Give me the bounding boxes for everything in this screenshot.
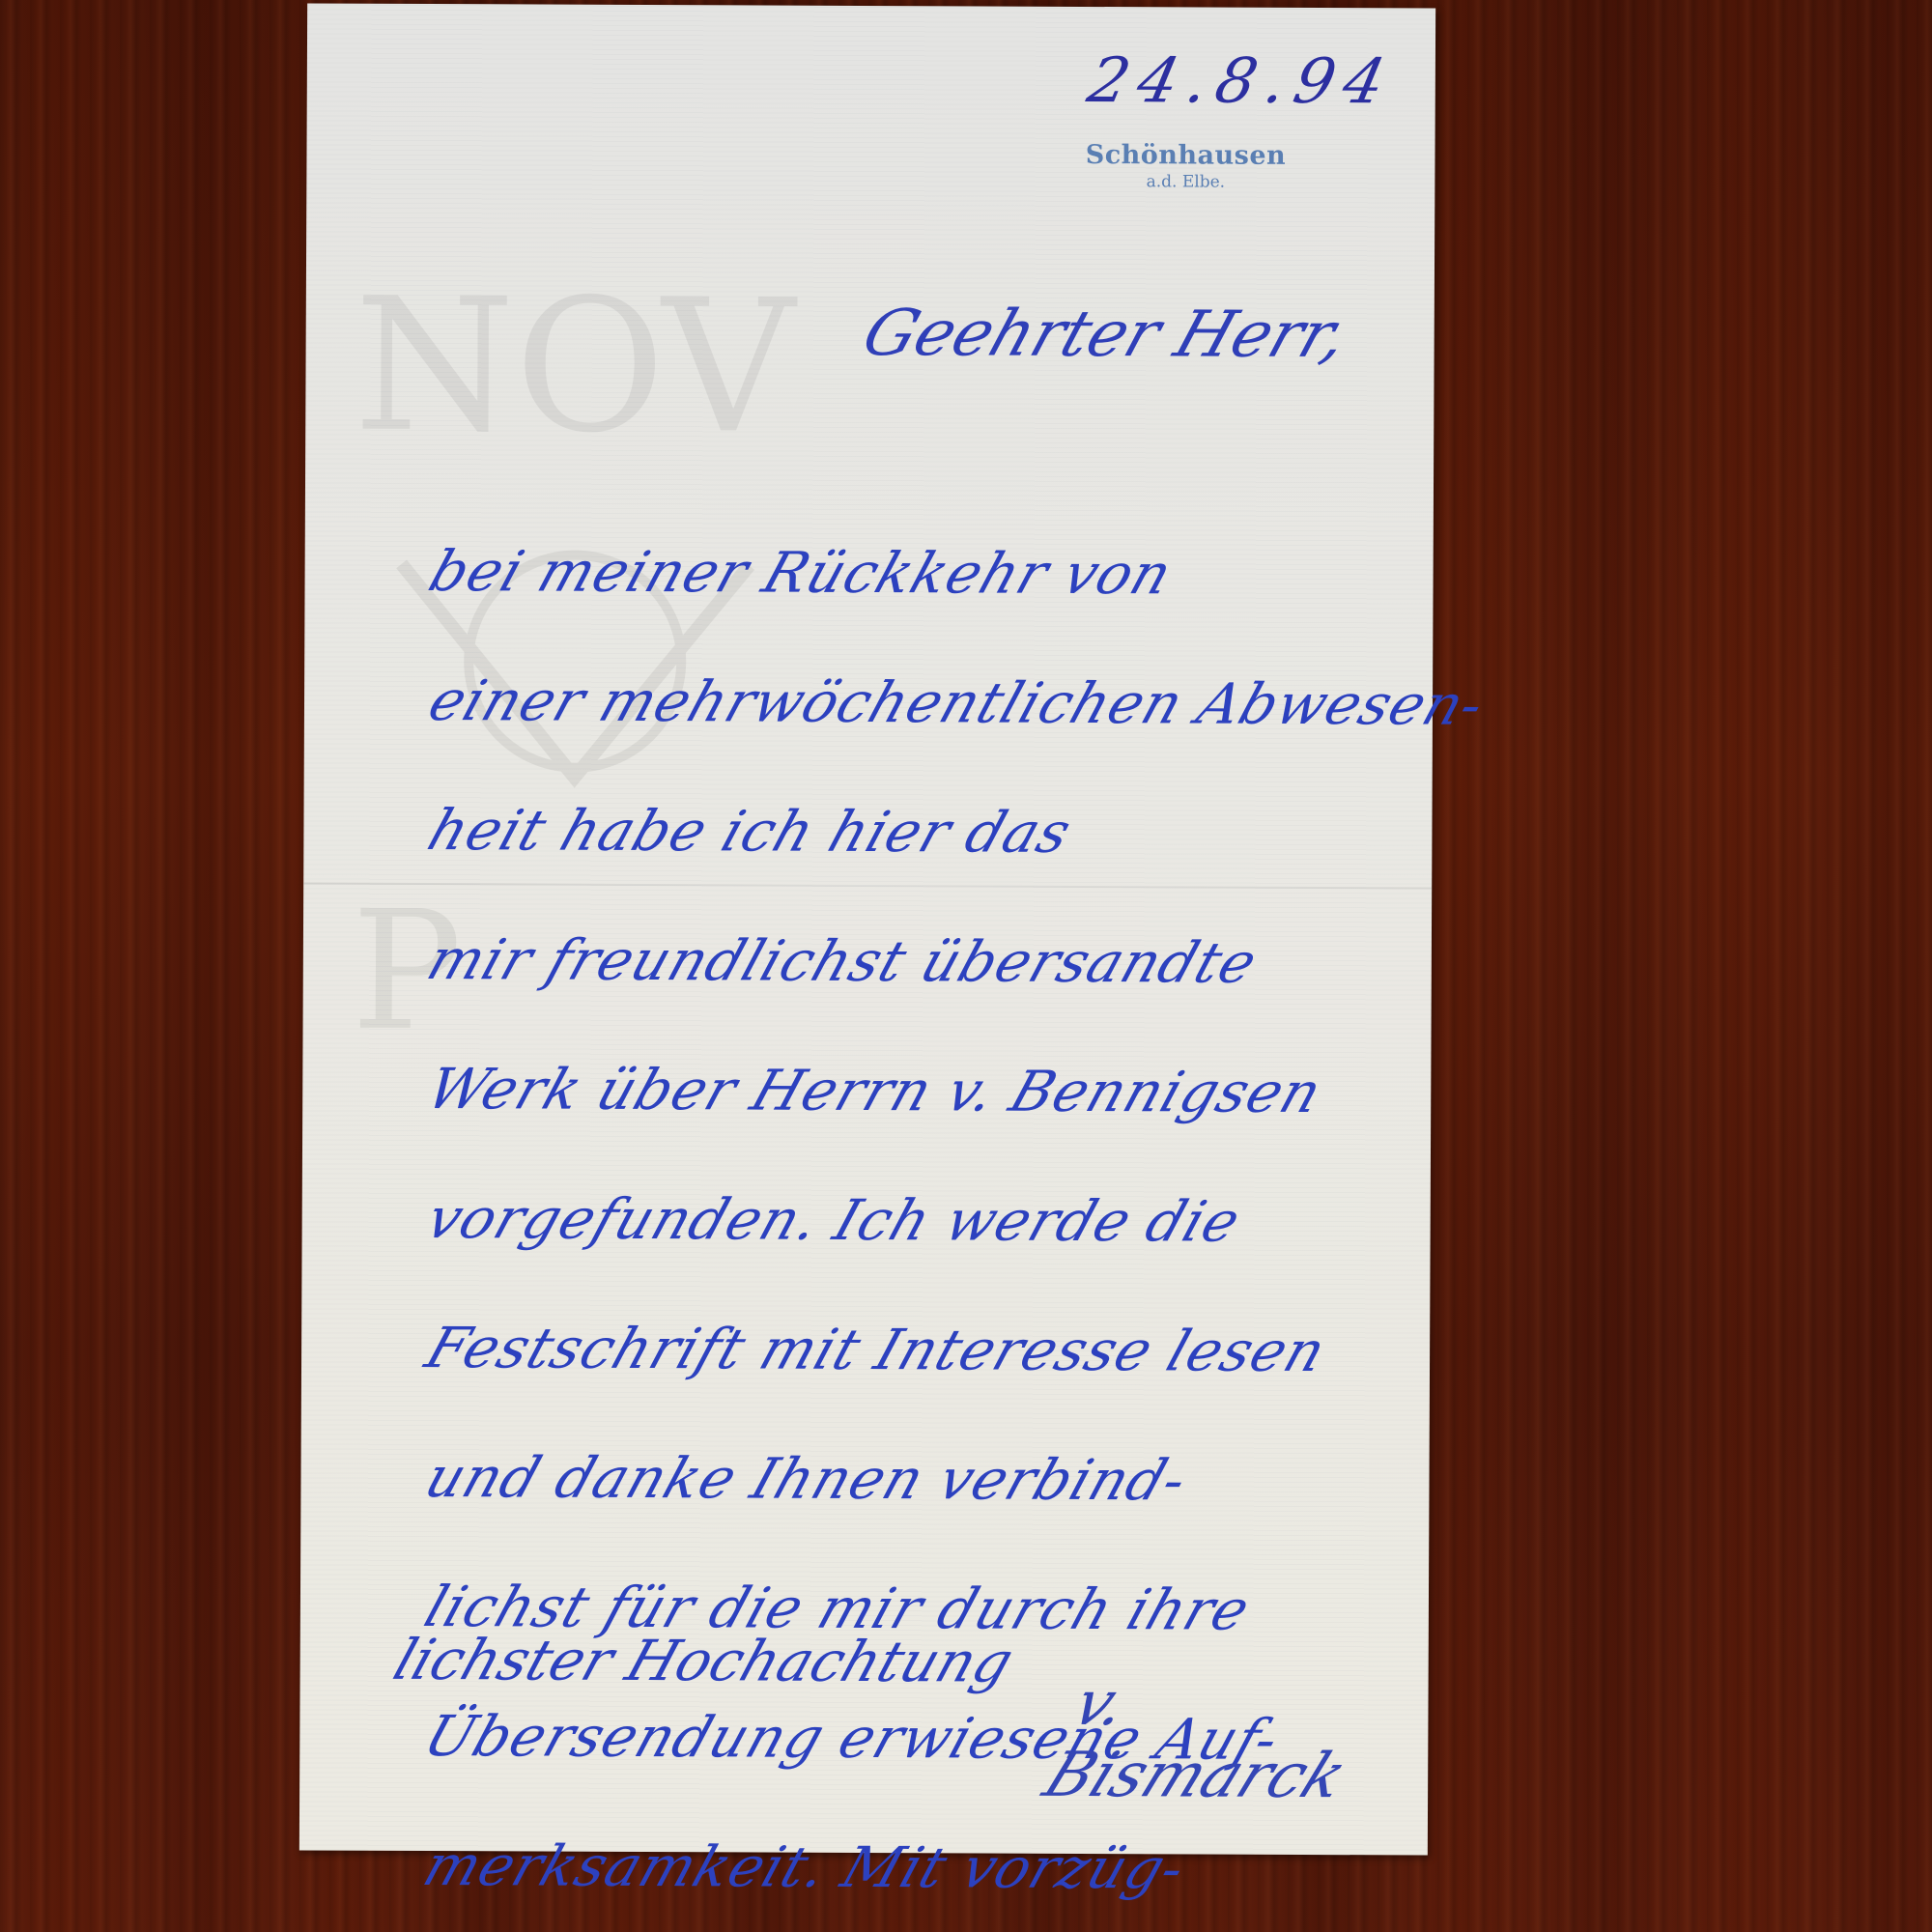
body-line: bei meiner Rückkehr von xyxy=(411,506,1438,639)
body-line: Werk über Herrn v. Bennigsen xyxy=(409,1024,1436,1157)
letterhead: Schönhausen a.d. Elbe. xyxy=(1069,140,1301,192)
body-line: Festschrift mit Interesse lesen xyxy=(408,1283,1435,1416)
body-line: heit habe ich hier das xyxy=(410,765,1437,898)
closing-phrase: lichster Hochachtung xyxy=(386,1627,1022,1695)
signature: v. Bismarck xyxy=(1034,1668,1439,1812)
body-line: und danke Ihnen verbind- xyxy=(407,1412,1435,1546)
letterhead-subline: a.d. Elbe. xyxy=(1069,172,1301,192)
letter-sheet: NOV P 24.8.94 Schönhausen a.d. Elbe. Gee… xyxy=(299,3,1435,1855)
closing-row: lichster Hochachtung v. Bismarck xyxy=(396,1627,1411,1786)
salutation: Geehrter Herr, xyxy=(854,296,1358,372)
body-line: einer mehrwöchentlichen Abwesen- xyxy=(411,636,1438,769)
body-line: merksamkeit. Mit vorzüg- xyxy=(405,1801,1433,1932)
body-line: vorgefunden. Ich werde die xyxy=(408,1153,1435,1287)
svg-text:NOV: NOV xyxy=(354,274,798,474)
body-line: mir freundlichst übersandte xyxy=(410,895,1437,1028)
letter-date: 24.8.94 xyxy=(1082,45,1401,118)
letterhead-place: Schönhausen xyxy=(1069,140,1301,171)
